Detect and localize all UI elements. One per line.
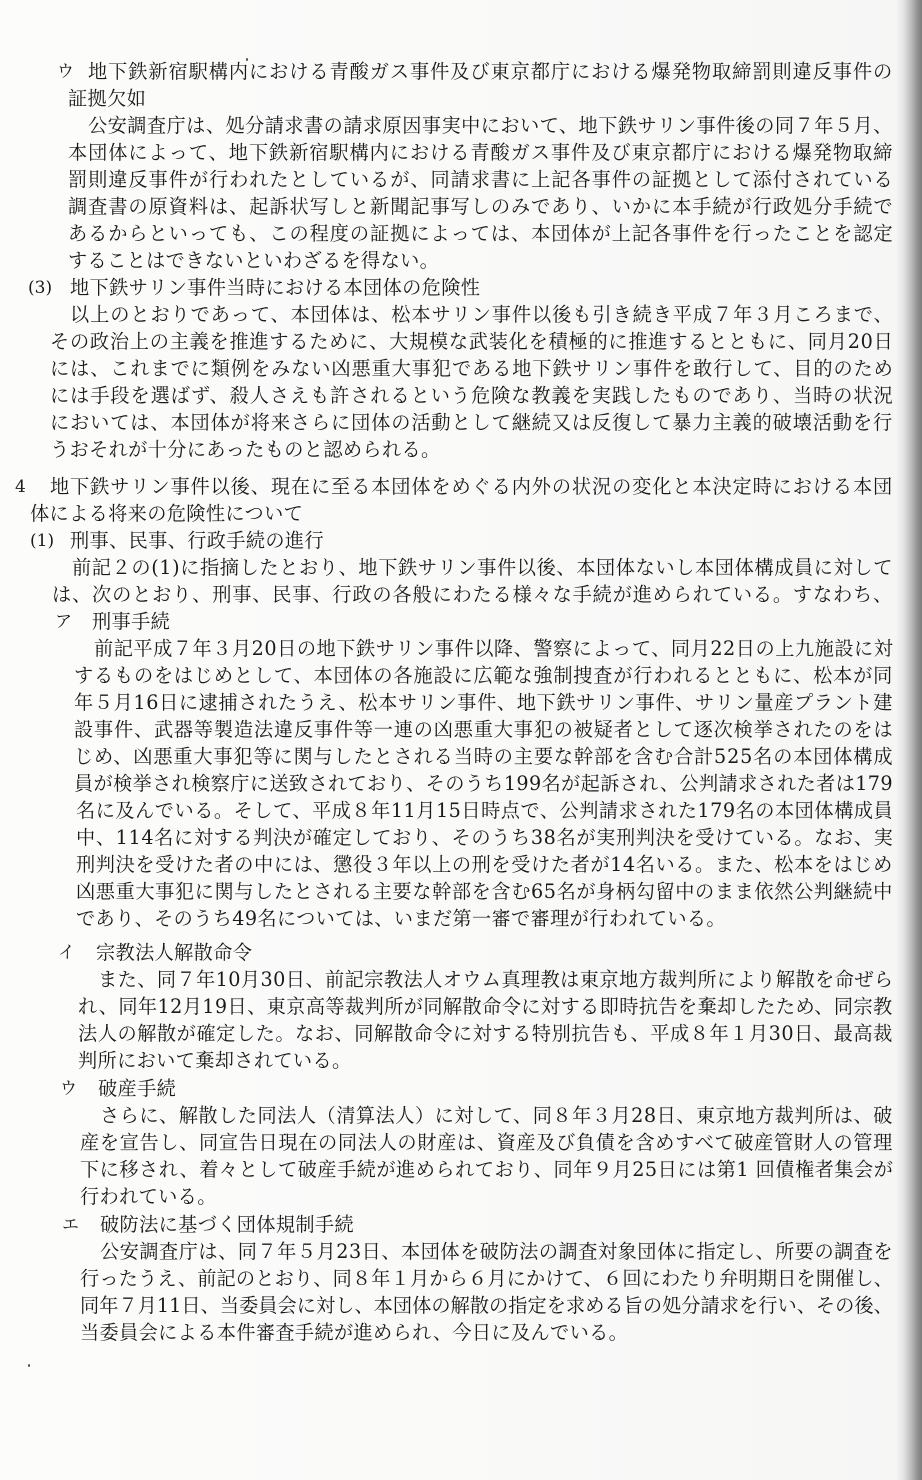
paragraph-line: においては、本団体が将来さらに団体の活動として継続又は反復して暴力主義的破壊活動… (50, 411, 893, 435)
paragraph-line: には手段を選ばず、殺人さえも許されるという危険な教義を実践したものであり、当時の… (50, 384, 894, 408)
scanned-page: ウ 地下鉄新宿駅構内における青酸ガス事件及び東京都庁における爆発物取締罰則違反事… (0, 0, 922, 1480)
paragraph-line: 罰則違反事件が行われたとしているが、同請求書に上記各事件の証拠として添付されてい… (68, 168, 894, 192)
paragraph-line: 同年７月11日、当委員会に対し、本団体の解散の指定を求める旨の処分請求を行い、そ… (80, 1294, 893, 1318)
paragraph-line: 名に及んでいる。そして、平成８年11月15日時点で、公判請求された179名の本団… (76, 799, 893, 823)
paragraph-line: その政治上の主義を推進するために、大規模な武装化を積極的に推進するとともに、同月… (50, 330, 894, 354)
section-heading: 宗教法人解散命令 (96, 941, 252, 965)
paragraph-line: 産を宣告し、同宣告日現在の同法人の財産は、資産及び負債を含めすべて破産管財人の管… (80, 1131, 893, 1155)
section-heading: 体による将来の危険性について (30, 502, 303, 526)
paragraph-line: 公安調査庁は、同７年５月23日、本団体を破防法の調査対象団体に指定し、所要の調査… (100, 1240, 893, 1264)
paragraph-line: 年５月16日に逮捕されたうえ、松本サリン事件、地下鉄サリン事件、サリン量産プラン… (74, 691, 893, 715)
section-heading: 刑事手続 (92, 610, 170, 634)
item-marker-e: エ (62, 1213, 79, 1237)
paragraph-line: さらに、解散した同法人（清算法人）に対して、同８年３月28日、東京地方裁判所は、… (100, 1104, 893, 1128)
paragraph-line: 凶悪重大事犯に関与したとされる主要な幹部を含む65名が身柄勾留中のまま依然公判継… (76, 880, 893, 904)
page-edge-shadow (896, 0, 922, 1480)
paragraph-line: するものをはじめとして、本団体の各施設に広範な強制捜査が行われるとともに、松本が… (74, 664, 893, 688)
section-heading: 刑事、民事、行政手続の進行 (70, 529, 324, 553)
paragraph-line: 前記２の(1)に指摘したとおり、地下鉄サリン事件以後、本団体ないし本団体構成員に… (72, 556, 893, 580)
scan-speck (28, 1364, 30, 1367)
paragraph-line: また、同７年10月30日、前記宗教法人オウム真理教は東京地方裁判所により解散を命… (98, 968, 894, 992)
section-heading: 地下鉄新宿駅構内における青酸ガス事件及び東京都庁における爆発物取締罰則違反事件の (88, 60, 893, 84)
paragraph-line: 法人の解散が確定した。なお、同解散命令に対する特別抗告も、平成８年１月30日、最… (78, 1022, 893, 1046)
section-heading: 破防法に基づく団体規制手続 (100, 1213, 354, 1237)
paragraph-line: 本団体によって、地下鉄新宿駅構内における青酸ガス事件及び東京都庁における爆発物取… (68, 141, 893, 165)
section-heading: 地下鉄サリン事件当時における本団体の危険性 (70, 276, 480, 300)
paragraph-line: うおそれが十分にあったものと認められる。 (50, 438, 441, 462)
item-marker-3: (3) (28, 276, 52, 300)
paragraph-line: 員が検挙され検察庁に送致されており、そのうち199名が起訴され、公判請求された者… (74, 772, 893, 796)
item-marker-u: ウ (57, 60, 74, 84)
paragraph-line: 当委員会による本件審査手続が進められ、今日に及んでいる。 (80, 1321, 628, 1345)
paragraph-line: 以上のとおりであって、本団体は、松本サリン事件以後も引き続き平成７年３月ころまで… (70, 303, 894, 327)
paragraph-line: 下に移され、着々として破産手続が進められており、同年９月25日には第1 回債権者… (80, 1158, 893, 1182)
item-marker-u2: ウ (60, 1077, 77, 1101)
paragraph-line: あるからといっても、この程度の証拠によっては、本団体が上記各事件を行ったことを認… (68, 222, 894, 246)
section-heading: 証拠欠如 (68, 87, 146, 111)
section-heading: 地下鉄サリン事件以後、現在に至る本団体をめぐる内外の状況の変化と本決定時における… (50, 475, 893, 499)
paragraph-line: れ、同年12月19日、東京高等裁判所が同解散命令に対する即時抗告を棄却したため、… (78, 995, 893, 1019)
paragraph-line: 判所において棄却されている。 (78, 1049, 352, 1073)
item-marker-i: イ (58, 941, 75, 965)
paragraph-line: 中、114名に対する判決が確定しており、そのうち38名が実刑判決を受けている。な… (76, 826, 894, 850)
item-marker-a: ア (55, 610, 72, 634)
paragraph-line: 調査書の原資料は、起訴状写しと新聞記事写しのみであり、いかに本手続が行政処分手続… (68, 195, 894, 219)
section-heading: 破産手続 (98, 1077, 176, 1101)
scan-speck (246, 58, 248, 61)
paragraph-line: 公安調査庁は、処分請求書の請求原因事実中において、地下鉄サリン事件後の同７年５月… (88, 114, 893, 138)
paragraph-line: は、次のとおり、刑事、民事、行政の各般にわたる様々な手続が進められている。すなわ… (52, 583, 893, 607)
paragraph-line: じめ、凶悪重大事犯等に関与したとされる当時の主要な幹部を含む合計525名の本団体… (74, 745, 893, 769)
paragraph-line: 行ったうえ、前記のとおり、同８年１月から６月にかけて、６回にわたり弁明期日を開催… (80, 1267, 893, 1291)
item-marker-4: 4 (15, 475, 26, 499)
paragraph-line: であり、そのうち49名については、いまだ第一審で審理が行われている。 (76, 907, 726, 931)
item-marker-1: (1) (30, 529, 54, 553)
paragraph-line: 設事件、武器等製造法違反事件等一連の凶悪重大事犯の被疑者として逐次検挙されたのを… (74, 718, 894, 742)
paragraph-line: 行われている。 (80, 1185, 217, 1209)
paragraph-line: には、これまでに類例をみない凶悪重大事犯である地下鉄サリン事件を敢行して、目的の… (50, 357, 894, 381)
paragraph-line: することはできないといわざるを得ない。 (68, 249, 439, 273)
paragraph-line: 前記平成７年３月20日の地下鉄サリン事件以降、警察によって、同月22日の上九施設… (94, 637, 893, 661)
paragraph-line: 刑判決を受けた者の中には、懲役３年以上の刑を受けた者が14名いる。また、松本をは… (76, 853, 893, 877)
